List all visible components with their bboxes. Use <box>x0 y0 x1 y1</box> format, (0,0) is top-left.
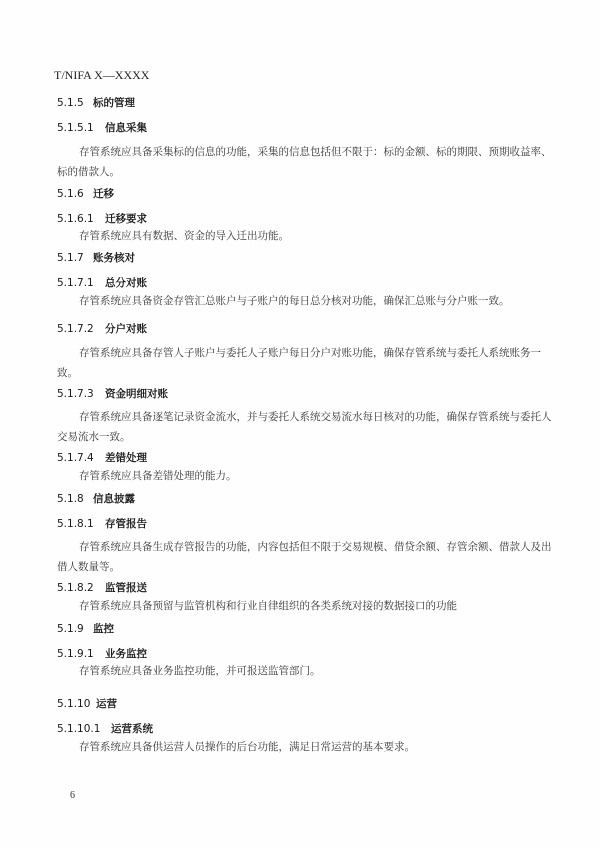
section-title: 信息披露 <box>93 493 135 505</box>
section-number: 5.1.6.1 <box>57 213 105 225</box>
subsection-heading: 5.1.8.2监管报送 <box>57 580 147 595</box>
section-title: 迁移要求 <box>105 213 147 225</box>
document-page: T/NIFA X—XXXX 5.1.5标的管理 5.1.5.1信息采集 存管系统… <box>0 0 600 848</box>
section-heading: 5.1.6迁移 <box>57 186 114 201</box>
section-heading: 5.1.9监控 <box>57 621 114 636</box>
paragraph: 存管系统应具备供运营人员操作的后台功能，满足日常运营的基本要求。 <box>57 737 557 757</box>
section-title: 资金明细对账 <box>105 388 168 400</box>
subsection-heading: 5.1.9.1业务监控 <box>57 646 147 661</box>
section-title: 迁移 <box>93 188 114 200</box>
section-title: 分户对账 <box>105 323 147 335</box>
section-number: 5.1.5.1 <box>57 122 105 134</box>
paragraph: 存管系统应具备差错处理的能力。 <box>57 466 557 486</box>
section-number: 5.1.10 <box>57 698 96 710</box>
subsection-heading: 5.1.10.1运营系统 <box>57 721 153 736</box>
section-title: 监控 <box>93 623 114 635</box>
subsection-heading: 5.1.7.3资金明细对账 <box>57 386 168 401</box>
paragraph: 存管系统应具备资金存管汇总账户与子账户的每日总分核对功能，确保汇总账与分户账一致… <box>57 291 557 311</box>
paragraph: 存管系统应具备逐笔记录资金流水，并与委托人系统交易流水每日核对的功能，确保存管系… <box>57 407 557 447</box>
section-number: 5.1.7.2 <box>57 323 105 335</box>
section-title: 差错处理 <box>105 452 147 464</box>
section-number: 5.1.8.2 <box>57 582 105 594</box>
page-number: 6 <box>70 790 75 801</box>
section-number: 5.1.8 <box>57 493 93 505</box>
paragraph: 存管系统应具有数据、资金的导入迁出功能。 <box>57 226 557 246</box>
section-number: 5.1.7.4 <box>57 452 105 464</box>
section-title: 标的管理 <box>93 97 135 109</box>
section-heading: 5.1.5标的管理 <box>57 95 135 110</box>
section-title: 运营系统 <box>111 723 153 735</box>
section-title: 账务核对 <box>93 252 135 264</box>
paragraph: 存管系统应具备生成存管报告的功能，内容包括但不限于交易规模、借贷余额、存管余额、… <box>57 537 557 577</box>
section-heading: 5.1.8信息披露 <box>57 491 135 506</box>
section-number: 5.1.9.1 <box>57 648 105 660</box>
document-id: T/NIFA X—XXXX <box>54 68 149 83</box>
subsection-heading: 5.1.5.1信息采集 <box>57 120 147 135</box>
subsection-heading: 5.1.7.1总分对账 <box>57 275 147 290</box>
section-heading: 5.1.7账务核对 <box>57 250 135 265</box>
section-number: 5.1.5 <box>57 97 93 109</box>
subsection-heading: 5.1.6.1迁移要求 <box>57 211 147 226</box>
section-number: 5.1.9 <box>57 623 93 635</box>
section-title: 监管报送 <box>105 582 147 594</box>
section-number: 5.1.7.3 <box>57 388 105 400</box>
section-number: 5.1.7 <box>57 252 93 264</box>
section-title: 信息采集 <box>105 122 147 134</box>
subsection-heading: 5.1.8.1存管报告 <box>57 516 147 531</box>
subsection-heading: 5.1.7.2分户对账 <box>57 321 147 336</box>
section-number: 5.1.7.1 <box>57 277 105 289</box>
section-title: 存管报告 <box>105 518 147 530</box>
paragraph: 存管系统应具备业务监控功能，并可报送监管部门。 <box>57 661 557 681</box>
section-number: 5.1.10.1 <box>57 723 111 735</box>
paragraph: 存管系统应具备采集标的信息的功能，采集的信息包括但不限于：标的金额、标的期限、预… <box>57 142 557 182</box>
section-title: 运营 <box>96 698 117 710</box>
section-heading: 5.1.10运营 <box>57 696 117 711</box>
section-title: 业务监控 <box>105 648 147 660</box>
section-number: 5.1.6 <box>57 188 93 200</box>
paragraph: 存管系统应具备存管人子账户与委托人子账户每日分户对账功能，确保存管系统与委托人系… <box>57 343 557 383</box>
section-title: 总分对账 <box>105 277 147 289</box>
section-number: 5.1.8.1 <box>57 518 105 530</box>
subsection-heading: 5.1.7.4差错处理 <box>57 450 147 465</box>
paragraph: 存管系统应具备预留与监管机构和行业自律组织的各类系统对接的数据接口的功能 <box>57 596 557 616</box>
